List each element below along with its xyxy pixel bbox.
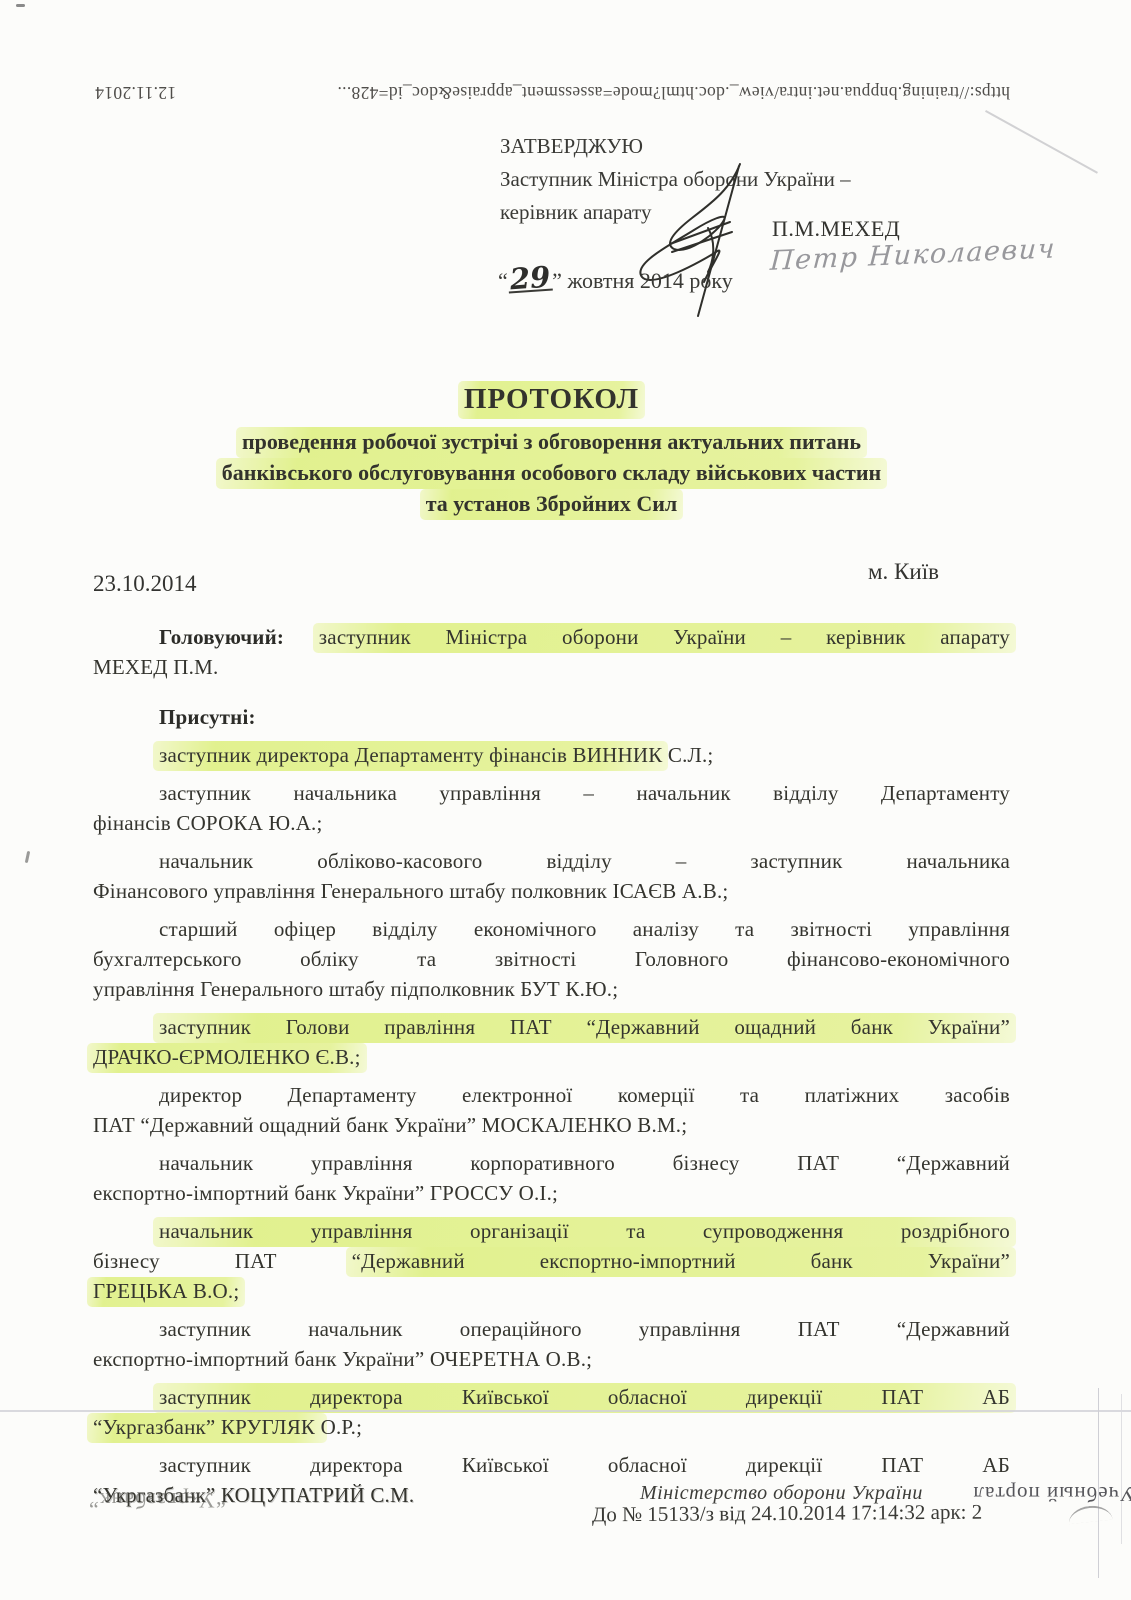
attendees-label: Присутні:	[93, 702, 1010, 732]
text-line: начальник управління організації та супр…	[93, 1216, 1010, 1246]
attendee-ocheretna: заступник начальник операційного управлі…	[93, 1314, 1010, 1374]
text-segment: начальник управління корпоративного бізн…	[159, 1151, 1010, 1175]
chair-paragraph: Головуючий: заступник Міністра оборони У…	[93, 622, 1010, 682]
text-line: начальник управління корпоративного бізн…	[93, 1148, 1010, 1178]
highlighted-text: “Державний експортно-імпортний банк Укра…	[346, 1247, 1016, 1277]
highlighted-text: заступник Міністра оборони України – кер…	[313, 623, 1016, 653]
document-subtitle-line1: проведення робочої зустрічі з обговоренн…	[93, 426, 1010, 457]
document-subtitle-line2: банківського обслуговування особового ск…	[93, 457, 1010, 488]
text-line: заступник начальник операційного управлі…	[93, 1314, 1010, 1344]
text-line: бухгалтерського обліку та звітності Голо…	[93, 944, 1010, 974]
text-line: бізнесу ПАТ “Державний експортно-імпортн…	[93, 1246, 1010, 1276]
scan-vertical-line-artifact-2	[1121, 1394, 1122, 1544]
scan-curve-mark-artifact	[1067, 1504, 1112, 1525]
text-segment: директор Департаменту електронної комерц…	[159, 1083, 1010, 1107]
attendees-and-chair: Головуючий: заступник Міністра оборони У…	[93, 622, 1010, 1510]
text-line: заступник директора Департаменту фінансі…	[93, 740, 1010, 770]
ghost-overprint-text: “Укргазбанк”	[88, 1487, 226, 1513]
date-rest: ” жовтня 2014 року	[552, 268, 733, 293]
text-segment: ПАТ “Державний ощадний банк України” МОС…	[93, 1113, 687, 1137]
highlighted-text: ГРЕЦЬКА В.О.;	[87, 1277, 245, 1307]
protocol-date: 23.10.2014	[93, 571, 197, 597]
text-line: ДРАЧКО-ЄРМОЛЕНКО Є.В.;	[93, 1042, 1010, 1072]
scan-speck-artifact	[16, 4, 25, 7]
text-segment: заступник директора Київської обласної д…	[159, 1453, 1010, 1477]
text-segment: управління Генерального штабу підполковн…	[93, 977, 618, 1001]
text-line: управління Генерального штабу підполковн…	[93, 974, 1010, 1004]
signature-scrawl	[612, 160, 792, 320]
protocol-city: м. Київ	[868, 559, 939, 585]
highlighted-text: “Укргазбанк” КРУГЛЯК	[87, 1413, 327, 1443]
text-line: МЕХЕД П.М.	[93, 652, 1010, 682]
attendee-isaiev: начальник обліково-касового відділу – за…	[93, 846, 1010, 906]
text-line: заступник директора Київської обласної д…	[93, 1450, 1010, 1480]
attendee-soroka: заступник начальника управління – началь…	[93, 778, 1010, 838]
highlighted-text: заступник Голови правління ПАТ “Державни…	[153, 1013, 1016, 1043]
title-block: ПРОТОКОЛ проведення робочої зустрічі з о…	[93, 383, 1010, 519]
text-line: заступник начальника управління – началь…	[93, 778, 1010, 808]
attendee-moskalenko: директор Департаменту електронної комерц…	[93, 1080, 1010, 1140]
text-segment: начальник обліково-касового відділу – за…	[159, 849, 1010, 873]
scan-margin-tick-artifact	[25, 851, 30, 863]
attendee-kruhliak: заступник директора Київської обласної д…	[93, 1382, 1010, 1442]
text-line: ПАТ “Державний ощадний банк України” МОС…	[93, 1110, 1010, 1140]
text-line: ГРЕЦЬКА В.О.;	[93, 1276, 1010, 1306]
flipped-url-header: https://training.bnppua.net.intra/view_.…	[95, 82, 1010, 103]
text-segment: старший офіцер відділу економічного анал…	[159, 917, 1010, 941]
scanned-document-page: https://training.bnppua.net.intra/view_.…	[0, 0, 1131, 1600]
subtitle-text-2: банківського обслуговування особового ск…	[216, 458, 887, 489]
text-segment: бізнесу ПАТ	[93, 1249, 352, 1273]
text-line: старший офіцер відділу економічного анал…	[93, 914, 1010, 944]
text-line: експортно-імпортний банк України” ОЧЕРЕТ…	[93, 1344, 1010, 1374]
text-segment: бухгалтерського обліку та звітності Голо…	[93, 947, 1010, 971]
attendee-drachko-yermolenko: заступник Голови правління ПАТ “Державни…	[93, 1012, 1010, 1072]
text-segment: фінансів СОРОКА Ю.А.;	[93, 811, 323, 835]
handwritten-day: 29	[507, 264, 553, 293]
subtitle-text-3: та установ Збройних Сил	[420, 489, 684, 520]
quote-open: “	[498, 268, 508, 293]
text-line: фінансів СОРОКА Ю.А.;	[93, 808, 1010, 838]
text-line: директор Департаменту електронної комерц…	[93, 1080, 1010, 1110]
highlighted-text: заступник директора Департаменту фінансі…	[153, 741, 668, 771]
attendee-hretska: начальник управління організації та супр…	[93, 1216, 1010, 1306]
text-segment: експортно-імпортний банк України” ГРОССУ…	[93, 1181, 558, 1205]
attendee-but: старший офіцер відділу економічного анал…	[93, 914, 1010, 1004]
text-line: Присутні:	[93, 702, 1010, 732]
print-date-text: 12.11.2014	[95, 82, 176, 103]
registration-stamp-text: До № 15133/з від 24.10.2014 17:14:32 арк…	[592, 1500, 982, 1528]
text-line: Фінансового управління Генерального штаб…	[93, 876, 1010, 906]
text-line: начальник обліково-касового відділу – за…	[93, 846, 1010, 876]
text-segment: Присутні:	[159, 705, 256, 729]
text-segment: С.Л.;	[662, 743, 713, 767]
text-line: заступник Голови правління ПАТ “Державни…	[93, 1012, 1010, 1042]
attendee-grossu: начальник управління корпоративного бізн…	[93, 1148, 1010, 1208]
text-segment: Головуючий:	[159, 625, 319, 649]
text-line: заступник директора Київської обласної д…	[93, 1382, 1010, 1412]
text-segment: О.Р.;	[321, 1415, 363, 1439]
document-title-text: ПРОТОКОЛ	[458, 381, 645, 419]
document-title: ПРОТОКОЛ	[93, 383, 1010, 416]
scan-diagonal-artifact	[985, 110, 1098, 174]
text-line: Головуючий: заступник Міністра оборони У…	[93, 622, 1010, 652]
highlighted-text: ДРАЧКО-ЄРМОЛЕНКО Є.В.;	[87, 1043, 367, 1073]
text-segment: Фінансового управління Генерального штаб…	[93, 879, 728, 903]
document-subtitle-line3: та установ Збройних Сил	[93, 488, 1010, 519]
approval-word: ЗАТВЕРДЖУЮ	[500, 130, 980, 163]
attendee-vynnyk: заступник директора Департаменту фінансі…	[93, 740, 1010, 770]
subtitle-text-1: проведення робочої зустрічі з обговоренн…	[236, 427, 867, 458]
text-line: експортно-імпортний банк України” ГРОССУ…	[93, 1178, 1010, 1208]
text-segment: МЕХЕД П.М.	[93, 655, 218, 679]
approval-date-line: “29” жовтня 2014 року	[498, 266, 733, 294]
text-segment: заступник начальник операційного управлі…	[159, 1317, 1010, 1341]
highlighted-text: заступник директора Київської обласної д…	[153, 1383, 1016, 1413]
document-url-text: https://training.bnppua.net.intra/view_.…	[337, 82, 1010, 103]
text-segment: експортно-імпортний банк України” ОЧЕРЕТ…	[93, 1347, 592, 1371]
text-line: “Укргазбанк” КРУГЛЯК О.Р.;	[93, 1412, 1010, 1442]
highlighted-text: начальник управління організації та супр…	[153, 1217, 1016, 1247]
text-segment: заступник начальника управління – началь…	[159, 781, 1010, 805]
